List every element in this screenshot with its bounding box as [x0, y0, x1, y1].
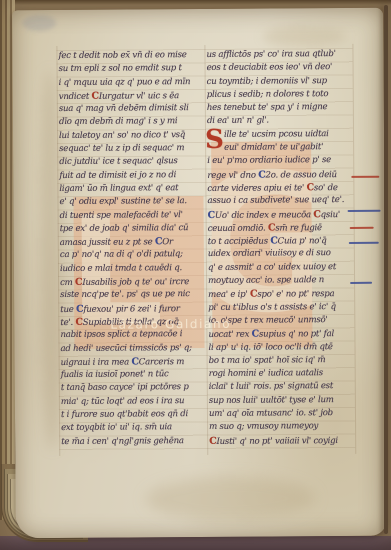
text-line: iudico e mlai tmda t cauēdi q. — [60, 262, 212, 276]
script-text: lui taletoy an' so' no dico t' vsq̄ — [59, 130, 185, 141]
text-line: dic jutdiu' ice t sequac' qlsus — [59, 155, 211, 169]
pen-flourish — [351, 176, 379, 178]
watermark-text: Lázaro Galdiano — [110, 316, 280, 331]
script-text: siste ncq'pe te'. ps' qs ue pe nic — [60, 289, 190, 300]
script-text: us afflictōs ps' co' ira sua qtlub' — [206, 49, 335, 60]
text-line: hes tenebut te' spa y' i migne — [207, 101, 359, 115]
script-text: assuo i ca subdivete' sue ueq' te'. — [207, 195, 344, 206]
script-text: m suo q; vmusoy numeyoy — [209, 421, 318, 432]
text-line: uidex ordiari' viuiisoy e di suo — [208, 247, 360, 261]
script-text: ligam' ūo m̄ lingua ext' q' eat — [59, 183, 178, 194]
text-line: di tuenti spe malefacēdi te' vl' — [60, 208, 212, 222]
text-line: t tanq̄ baso cayce' ipi pctōres p — [61, 381, 213, 395]
text-line: m suo q; vmusoy numeyoy — [209, 420, 361, 434]
text-line: ligam' ūo m̄ lingua ext' q' eat — [59, 182, 211, 196]
script-text: qsiu' — [321, 210, 340, 220]
script-text: uidex ordiari' viuiisoy e di suo — [208, 249, 331, 260]
text-column-right: us afflictōs ps' co' ira sua qtlub'eos t… — [206, 48, 361, 448]
script-text: ceuuaī omdiō. — [208, 223, 268, 233]
text-line: i eu' p'mo ordiario iudice p' se — [207, 154, 359, 168]
script-text: spo' e' no pt' respa — [257, 289, 334, 300]
script-text: q' e assmit' a co' uidex uuioy et — [208, 262, 336, 273]
text-line: q' e assmit' a co' uidex uuioy et — [208, 261, 360, 275]
manuscript-page: L G fec t dedit nob ex̄ vn̄ di eo misesu… — [12, 8, 387, 539]
rubric-mark: C — [270, 236, 277, 247]
script-text: Iurgatur vl' uic s ēa — [99, 91, 179, 102]
script-text: fualis ia iusioī ponet' n tūc — [61, 369, 169, 380]
script-text: di tuenti spe malefacēdi te' vl' — [60, 210, 183, 221]
text-line: li ap' u' iq. iō' loco oc'li dm̄ qtē — [208, 340, 360, 354]
photo-top-shadow — [0, 0, 391, 5]
rubric-mark: C — [91, 91, 98, 102]
text-line: CIusti' q' no pt' vaiiaii vl' coyigi — [209, 433, 361, 447]
text-line: t i furore suo qt'babit eos qn̄ di — [61, 408, 213, 422]
text-line: siste ncq'pe te'. ps' qs ue pe nic — [60, 288, 212, 302]
script-text: i eu' p'mo ordiario iudice p' se — [207, 155, 331, 166]
text-line: us afflictōs ps' co' ira sua qtlub' — [206, 48, 358, 62]
script-text: te m̄a i cen' q'ngl'gnis gehēna — [61, 436, 184, 447]
text-line: sua q' mag vn̄ debēm dimisit sli — [59, 102, 211, 116]
script-text: supius q' no pt' fal — [259, 329, 334, 340]
script-text: Iusti' q' no pt' vaiiaii vl' coyigi — [216, 436, 337, 447]
script-text: pi' cu t'iblus o's t assists e' ic' q̄ — [208, 302, 336, 313]
text-line: ceuuaī omdiō. Csm̄ re fugiē — [208, 221, 360, 235]
text-line: ext toyqbit io' ui' iq. sm̄ uia — [61, 421, 213, 435]
script-text: eui' dmidam' te ui'gabit' — [224, 142, 323, 153]
script-text: e' q' odiu expl' sustine te' se la. — [59, 196, 186, 207]
text-line: Sille te' ucsim pcosu uidtai — [207, 128, 359, 142]
script-text: tue — [60, 305, 76, 315]
text-line: rogi homini e' iudica uatalis — [209, 367, 361, 381]
script-text: Cuia p' no'q̄ — [278, 236, 327, 246]
text-line: i q' mquu uia qz q' puo e ad mīn — [59, 76, 211, 90]
text-line: CUo' dic index e meucōa Cqsiu' — [208, 207, 360, 221]
corner-smudge — [22, 15, 56, 31]
script-text: Or — [162, 237, 173, 247]
script-text: um' aq' oīa mtusanc' io. st' job — [209, 408, 333, 419]
script-text: iclai' t luii' rois. ps' signatū est — [209, 381, 333, 392]
text-line: moytuoy acc' io. spe ualde n — [208, 274, 360, 288]
text-line: cm CIusabilis job q te' ou' ircre — [60, 275, 212, 289]
script-text: sm̄ re fugiē — [275, 223, 322, 233]
text-line: eui' dmidam' te ui'gabit' — [207, 141, 359, 155]
script-text: ad hedi' usecūci timssicōs ps' q; — [60, 343, 191, 354]
text-line: lui taletoy an' so' no dico t' vsq̄ — [59, 129, 211, 143]
script-text: fec t dedit nob ex̄ vn̄ di eo mise — [58, 50, 186, 61]
text-line: bo t ma io' spat' hoī sic iq' m̄ — [209, 354, 361, 368]
text-line: pi' cu t'iblus o's t assists e' ic' q̄ — [208, 301, 360, 315]
text-line: mea' e ip' Cspo' e' no pt' respa — [208, 287, 360, 301]
text-line: amasa jussit eu z pt se COr — [60, 235, 212, 249]
script-text: tpe ex' de joab q' similia dia' cū — [60, 223, 189, 234]
text-line: su tm epli z sol no emdit sup t — [59, 62, 211, 76]
script-text: li ap' u' iq. iō' loco oc'li dm̄ qtē — [208, 342, 332, 353]
pen-flourish — [350, 227, 374, 229]
pen-flourish — [350, 282, 372, 284]
text-line: iclai' t luii' rois. ps' signatū est — [209, 380, 361, 394]
text-line: di ea' un' n' gl'. — [207, 114, 359, 128]
text-line: e' q' odiu expl' sustine te' se la. — [59, 195, 211, 209]
script-text: cu toymtib; i demoniis vl' sup — [207, 76, 327, 87]
script-text: i q' mquu uia qz q' puo e ad mīn — [59, 77, 191, 88]
text-line: uigraui i ira mea CCarceris m — [61, 355, 213, 369]
script-text: vndicet — [59, 92, 92, 102]
script-text: amasa jussit eu z pt se — [60, 237, 155, 248]
text-line: mia' q; tūc loqt' ad eos i ira su — [61, 395, 213, 409]
script-text: t tanq̄ baso cayce' ipi pctōres p — [61, 383, 189, 394]
rubric-mark: C — [307, 182, 314, 193]
text-line: carte videres apiu ei te' Cso' de — [207, 181, 359, 195]
script-text: dīo qm debm̄ di mag' i s y mi — [59, 117, 178, 128]
text-line: eos t deuciabit eos ieo' vn̄ deo' — [207, 61, 359, 75]
script-text: carte videres apiu ei te' — [207, 183, 306, 194]
text-line: assuo i ca subdivete' sue ueq' te'. — [207, 194, 359, 208]
script-text: sup nos luii' uultōt' tyse e' lum — [209, 395, 334, 406]
text-column-left: fec t dedit nob ex̄ vn̄ di eo misesu tm … — [58, 49, 213, 449]
text-line: ad hedi' usecūci timssicōs ps' q; — [60, 341, 212, 355]
pen-flourish — [348, 210, 381, 212]
script-text: 2o. de assuo deiū — [266, 170, 337, 180]
script-text: mia' q; tūc loqt' ad eos i ira su — [61, 396, 184, 407]
text-line: cu toymtib; i demoniis vl' sup — [207, 74, 359, 88]
script-text: sua q' mag vn̄ debēm dimisit sli — [59, 103, 189, 114]
script-text: rogi homini e' iudica uatalis — [209, 368, 323, 379]
text-line: fec t dedit nob ex̄ vn̄ di eo mise — [58, 49, 210, 63]
script-text: uocat' rex — [208, 330, 251, 340]
text-line: tue Cfuexou' pir 6 zei' i furor — [60, 302, 212, 316]
text-line: ca p' no'q' na di q' o'di patulq; — [60, 248, 212, 262]
script-text: Carceris m — [139, 357, 184, 367]
text-line: sequac' te' lu z ip di sequac' m — [59, 142, 211, 156]
text-line: tpe ex' de joab q' similia dia' cū — [60, 222, 212, 236]
text-line: to t accipiēdus CCuia p' no'q̄ — [208, 234, 360, 248]
script-text: su tm epli z sol no emdit sup t — [59, 63, 182, 74]
parchment-stain — [262, 26, 346, 47]
text-line: plicus i sedib; n dolores t toto — [207, 88, 359, 102]
script-text: to t accipiēdus — [208, 237, 271, 247]
text-line: sup nos luii' uultōt' tyse e' lum — [209, 394, 361, 408]
script-text: ille te' ucsim pcosu uidtai — [224, 129, 329, 140]
script-text: hes tenebut te' spa y' i migne — [207, 102, 328, 113]
script-text: te'. — [60, 318, 75, 328]
script-text: mea' e ip' — [208, 290, 250, 300]
script-text: eos t deuciabit eos ieo' vn̄ deo' — [207, 62, 333, 73]
text-line: fualis ia iusioī ponet' n tūc — [61, 368, 213, 382]
text-line: vndicet CIurgatur vl' uic s ēa — [59, 89, 211, 103]
script-text: ext toyqbit io' ui' iq. sm̄ uia — [61, 423, 172, 434]
pen-flourish — [349, 242, 379, 244]
script-text: Iusabilis job q te' ou' ircre — [82, 277, 189, 288]
script-text: plicus i sedib; n dolores t toto — [207, 89, 329, 100]
script-text: moytuoy acc' io. spe ualde n — [208, 275, 324, 286]
script-text: t i furore suo qt'babit eos qn̄ di — [61, 409, 188, 420]
rubric-mark: C — [268, 222, 275, 233]
script-text: dic jutdiu' ice t sequac' qlsus — [59, 157, 177, 168]
text-line: dīo qm debm̄ di mag' i s y mi — [59, 115, 211, 129]
script-text: bo t ma io' spat' hoī sic iq' m̄ — [209, 355, 326, 366]
script-text: so' de — [314, 183, 338, 193]
script-text: fuexou' pir 6 zei' i furor — [83, 304, 179, 315]
next-leaf-edge — [384, 5, 388, 534]
text-line: fuit ad te dimisit ei jo z no di — [59, 169, 211, 183]
script-text: iudico e mlai tmda t cauēdi q. — [60, 263, 182, 274]
script-text: ca p' no'q' na di q' o'di patulq; — [60, 250, 183, 261]
manuscript-photo: { "palette": { "parchment": "#d8cfb8", "… — [0, 0, 391, 550]
script-text: Uo' dic index e meucōa — [215, 210, 314, 221]
script-text: sequac' te' lu z ip di sequac' m — [59, 143, 184, 154]
text-line: rege vl' dno C2o. de assuo deiū — [207, 168, 359, 182]
parchment-stain — [145, 476, 315, 521]
text-line: te m̄a i cen' q'ngl'gnis gehēna — [61, 435, 213, 449]
script-text: cm — [60, 278, 75, 288]
script-text: rege vl' dno — [207, 170, 258, 180]
script-text: fuit ad te dimisit ei jo z no di — [59, 170, 176, 181]
script-text: uigraui i ira mea — [61, 357, 132, 367]
text-line: um' aq' oīa mtusanc' io. st' job — [209, 407, 361, 421]
